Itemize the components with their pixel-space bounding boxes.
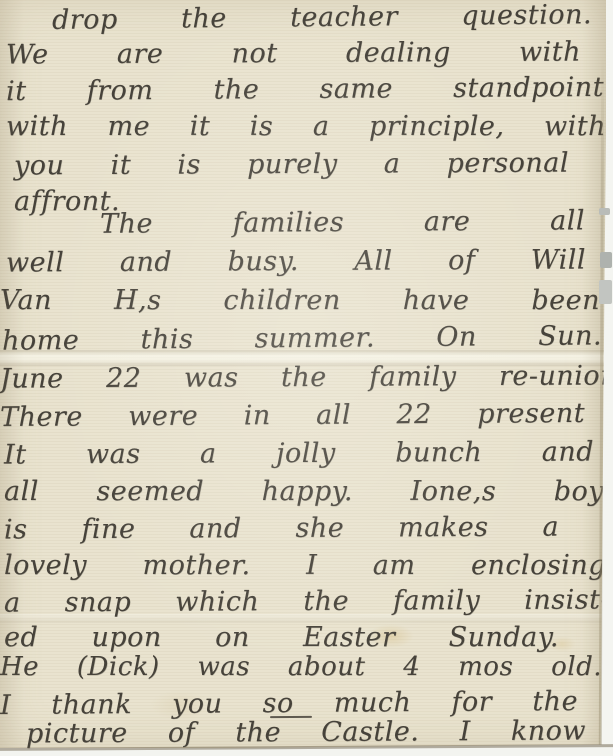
handwriting-line: There were in all 22 present <box>0 398 585 433</box>
handwriting-line: well and busy. All of Will <box>6 244 586 278</box>
background-sheet-tab <box>599 280 612 304</box>
handwriting-line: ed upon on Easter Sunday. <box>4 622 559 653</box>
scanned-letter-page: drop the teacher question. We are not de… <box>0 0 613 756</box>
handwriting-line: is fine and she makes a <box>4 512 559 546</box>
handwriting-line: it from the same standpoint <box>6 72 604 107</box>
handwriting-line: drop the teacher question. <box>52 0 592 36</box>
letter-paper: drop the teacher question. We are not de… <box>0 0 606 748</box>
underline-mark-so <box>270 716 312 718</box>
background-sheet-tab <box>599 208 610 215</box>
handwriting-line: He (Dick) was about 4 mos old. <box>0 652 602 682</box>
handwriting-line: you it is purely a personal <box>14 148 569 182</box>
background-sheet-tab <box>600 252 612 268</box>
handwriting-line: lovely mother. I am enclosing <box>4 550 606 581</box>
handwriting-line: We are not dealing with <box>6 36 581 70</box>
handwriting-line: with me it is a principle, with <box>6 111 606 142</box>
handwriting-line: The families are all <box>100 205 585 239</box>
handwriting-line: It was a jolly bunch and <box>4 436 594 470</box>
handwriting-line: a snap which the family insist- <box>4 584 610 618</box>
handwriting-line: all seemed happy. Ione,s boy <box>4 476 604 507</box>
handwriting-line: Van H,s children have been <box>0 285 600 316</box>
handwriting-line: home this summer. On Sun. <box>2 320 602 356</box>
handwriting-line: June 22 was the family re-union <box>0 360 613 394</box>
